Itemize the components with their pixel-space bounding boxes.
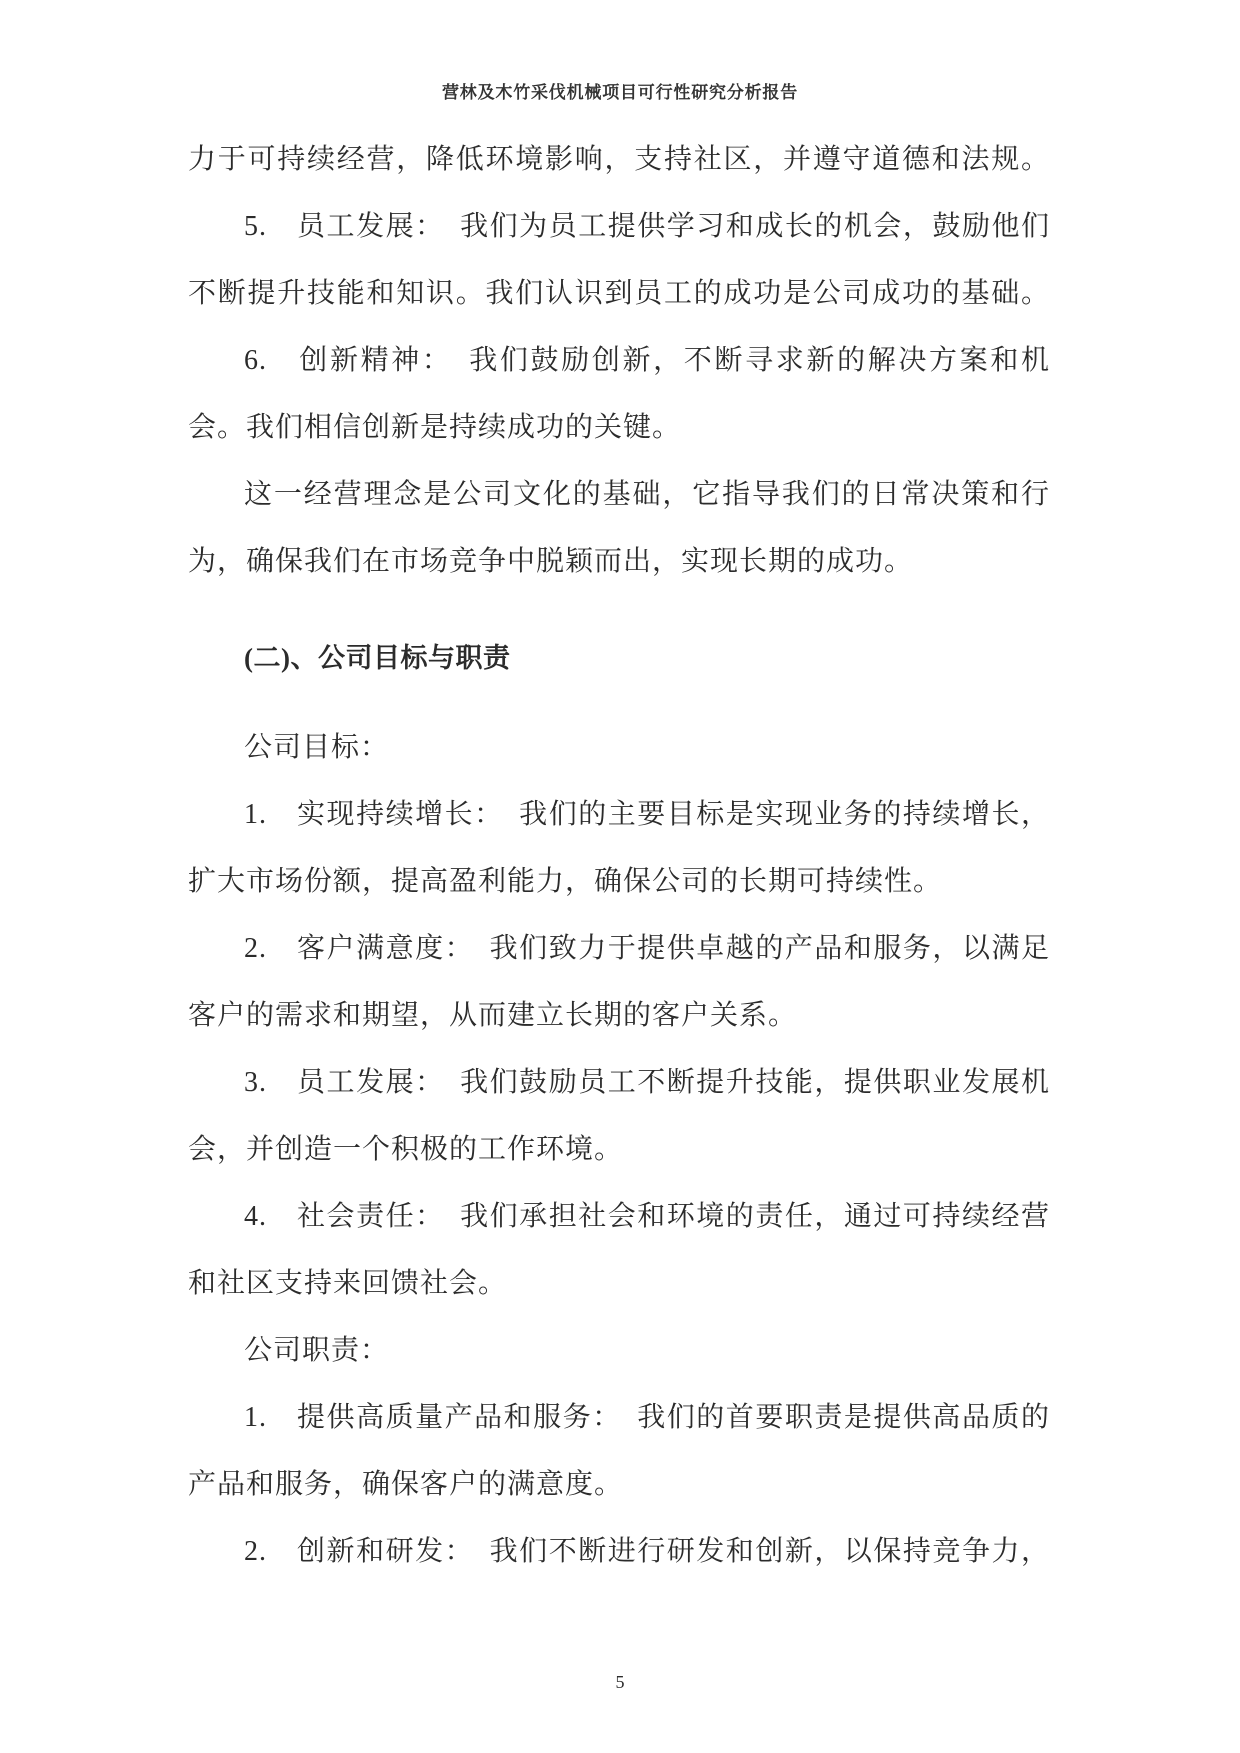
text-line: 扩大市场份额，提高盈利能力，确保公司的长期可持续性。 bbox=[188, 848, 1050, 915]
text-line: 公司职责： bbox=[188, 1317, 1050, 1384]
text-line: 3. 员工发展： 我们鼓励员工不断提升技能，提供职业发展机 bbox=[188, 1049, 1050, 1116]
text-line: 会。我们相信创新是持续成功的关键。 bbox=[188, 394, 1050, 461]
text-line: 会，并创造一个积极的工作环境。 bbox=[188, 1116, 1050, 1183]
text-line: 公司目标： bbox=[188, 714, 1050, 781]
text-line: 6. 创新精神： 我们鼓励创新，不断寻求新的解决方案和机 bbox=[188, 327, 1050, 394]
document-header-title: 营林及木竹采伐机械项目可行性研究分析报告 bbox=[0, 78, 1240, 103]
text-line: 1. 实现持续增长： 我们的主要目标是实现业务的持续增长， bbox=[188, 781, 1050, 848]
document-page: 营林及木竹采伐机械项目可行性研究分析报告 力于可持续经营，降低环境影响，支持社区… bbox=[0, 0, 1240, 1753]
text-line: 客户的需求和期望，从而建立长期的客户关系。 bbox=[188, 982, 1050, 1049]
section-heading: (二)、公司目标与职责 bbox=[188, 625, 1050, 692]
text-line: 力于可持续经营，降低环境影响，支持社区，并遵守道德和法规。 bbox=[188, 126, 1050, 193]
text-line: 和社区支持来回馈社会。 bbox=[188, 1250, 1050, 1317]
text-line: 4. 社会责任： 我们承担社会和环境的责任，通过可持续经营 bbox=[188, 1183, 1050, 1250]
text-line: 1. 提供高质量产品和服务： 我们的首要职责是提供高品质的 bbox=[188, 1384, 1050, 1451]
text-line: 2. 创新和研发： 我们不断进行研发和创新，以保持竞争力， bbox=[188, 1518, 1050, 1585]
text-line: 5. 员工发展： 我们为员工提供学习和成长的机会，鼓励他们 bbox=[188, 193, 1050, 260]
text-line: 产品和服务，确保客户的满意度。 bbox=[188, 1451, 1050, 1518]
text-line: 2. 客户满意度： 我们致力于提供卓越的产品和服务，以满足 bbox=[188, 915, 1050, 982]
document-lines: 力于可持续经营，降低环境影响，支持社区，并遵守道德和法规。5. 员工发展： 我们… bbox=[188, 126, 1050, 1585]
text-line: 不断提升技能和知识。我们认识到员工的成功是公司成功的基础。 bbox=[188, 260, 1050, 327]
text-line: 为，确保我们在市场竞争中脱颖而出，实现长期的成功。 bbox=[188, 528, 1050, 595]
page-number: 5 bbox=[0, 1672, 1240, 1693]
text-line: 这一经营理念是公司文化的基础，它指导我们的日常决策和行 bbox=[188, 461, 1050, 528]
